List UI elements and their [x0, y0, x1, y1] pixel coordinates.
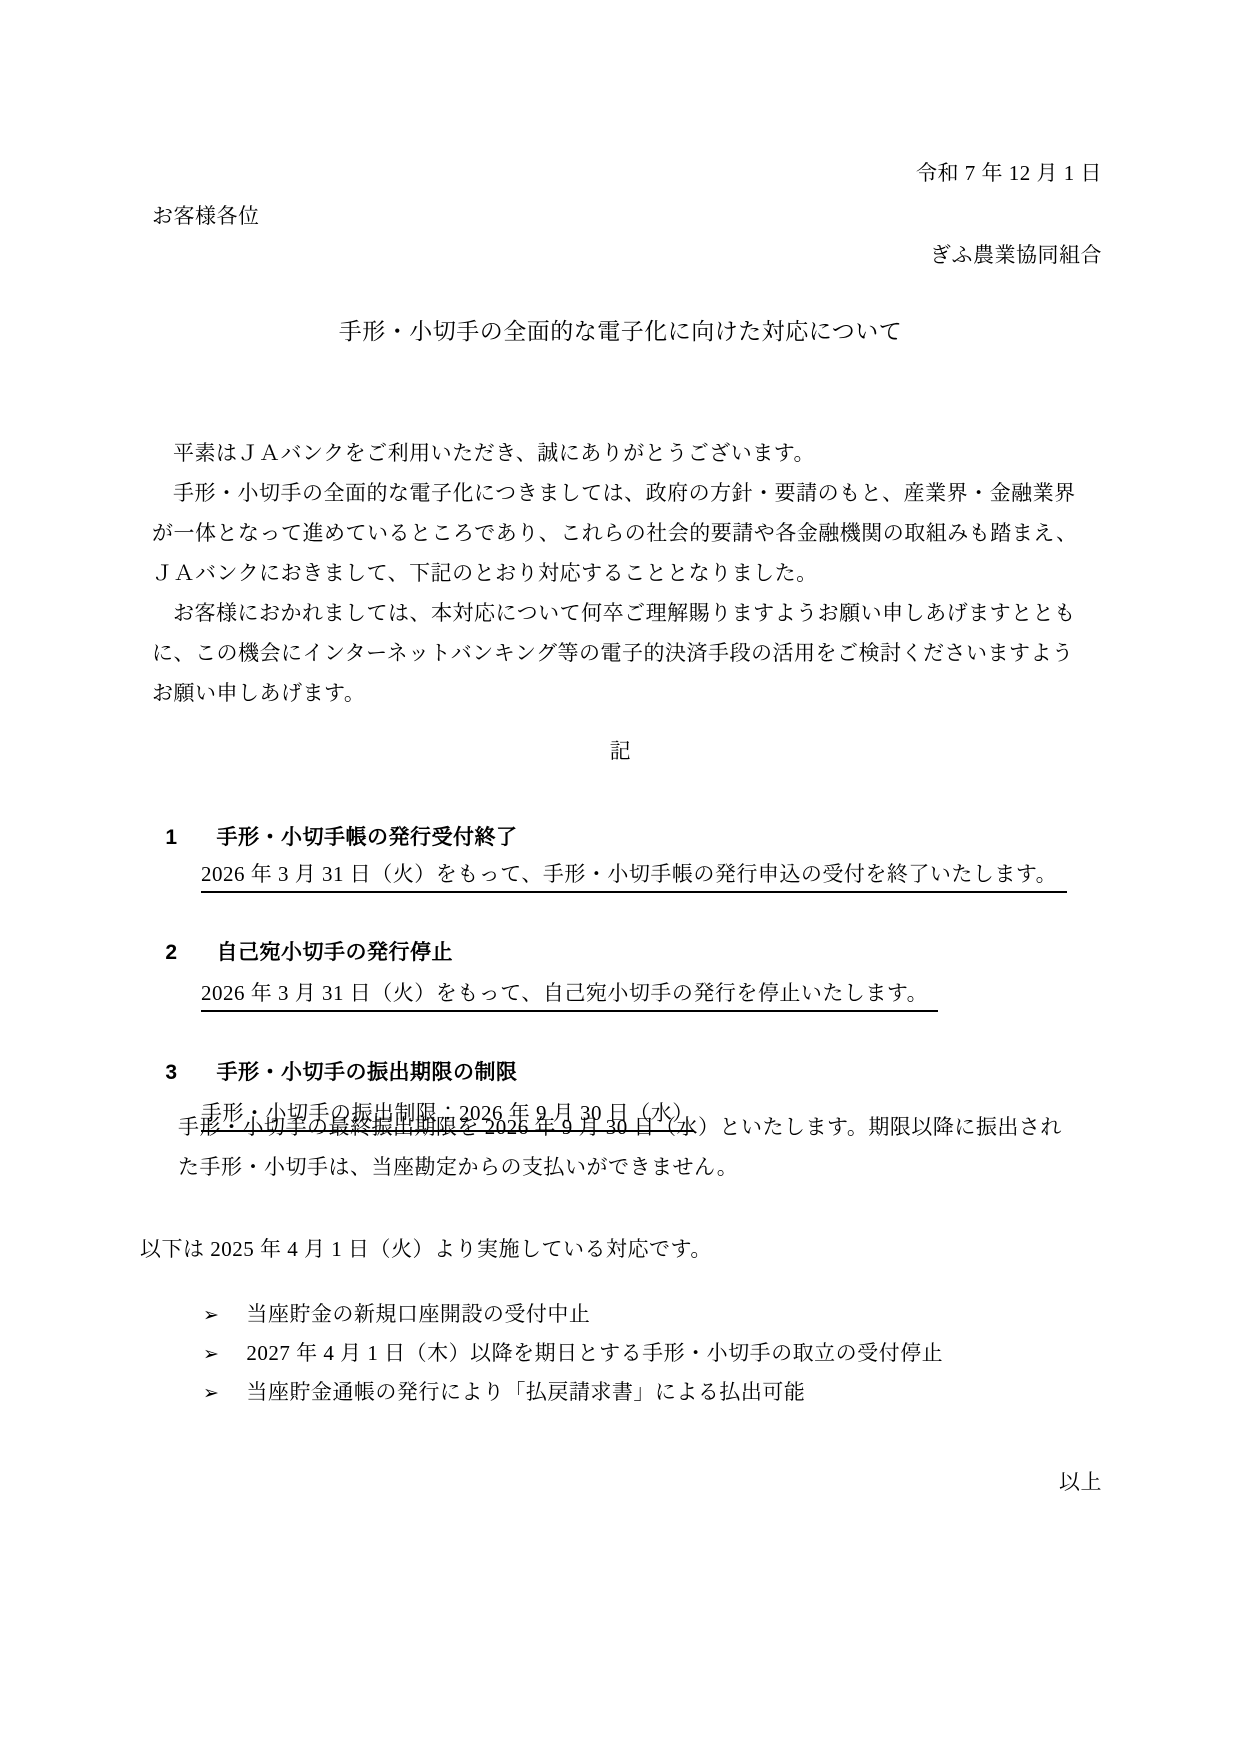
underlined-text: 2026 年 3 月 31 日（火）をもって、自己宛小切手の発行を停止いたします… — [201, 980, 938, 1011]
underlined-text: 2026 年 3 月 31 日（火）をもって、手形・小切手帳の発行申込の受付を終… — [201, 861, 1067, 892]
bullet-item: ➢当座貯金通帳の発行により「払戻請求書」による払出可能 — [180, 1353, 805, 1432]
section-number: 2 — [165, 940, 177, 966]
intro-line: お願い申しあげます。 — [152, 680, 365, 706]
closing-marker: 以上 — [1059, 1469, 1102, 1495]
existing-measures-lead: 以下は 2025 年 4 月 1 日（火）より実施している対応です。 — [140, 1236, 712, 1262]
section-number: 1 — [165, 825, 177, 851]
section-number: 3 — [165, 1060, 177, 1086]
section-1-body: 2026 年 3 月 31 日（火）をもって、手形・小切手帳の発行申込の受付を終… — [178, 835, 1067, 919]
section-2-body: 2026 年 3 月 31 日（火）をもって、自己宛小切手の発行を停止いたします… — [178, 954, 938, 1038]
document-date: 令和 7 年 12 月 1 日 — [916, 160, 1102, 186]
document-page: 令和 7 年 12 月 1 日 お客様各位 ぎふ農業協同組合 手形・小切手の全面… — [0, 0, 1241, 1755]
section-3-body-line: 手形・小切手の最終振出期限を 2026 年 9 月 30 日（水）といたします。… — [178, 1114, 1062, 1140]
intro-line: 手形・小切手の全面的な電子化につきましては、政府の方針・要請のもと、産業界・金融… — [173, 480, 1076, 506]
intro-line: が一体となって進めているところであり、これらの社会的要請や各金融機関の取組みも踏… — [152, 520, 1078, 546]
arrow-bullet-icon: ➢ — [203, 1382, 219, 1406]
document-title: 手形・小切手の全面的な電子化に向けた対応について — [0, 318, 1241, 347]
intro-line: ＪＡバンクにおきまして、下記のとおり対応することとなりました。 — [152, 560, 818, 586]
bullet-text: 当座貯金通帳の発行により「払戻請求書」による払出可能 — [246, 1380, 805, 1404]
sender-line: ぎふ農業協同組合 — [930, 242, 1102, 268]
intro-line: お客様におかれましては、本対応について何卒ご理解賜りますようお願い申しあげますと… — [173, 600, 1076, 626]
recipient-line: お客様各位 — [152, 203, 260, 229]
intro-line: に、この機会にインターネットバンキング等の電子的決済手段の活用をご検討くださいま… — [152, 640, 1074, 666]
record-marker: 記 — [0, 738, 1241, 764]
intro-line: 平素はＪＡバンクをご利用いただき、誠にありがとうございます。 — [173, 440, 815, 466]
section-3-body-line: た手形・小切手は、当座勘定からの支払いができません。 — [178, 1154, 738, 1180]
